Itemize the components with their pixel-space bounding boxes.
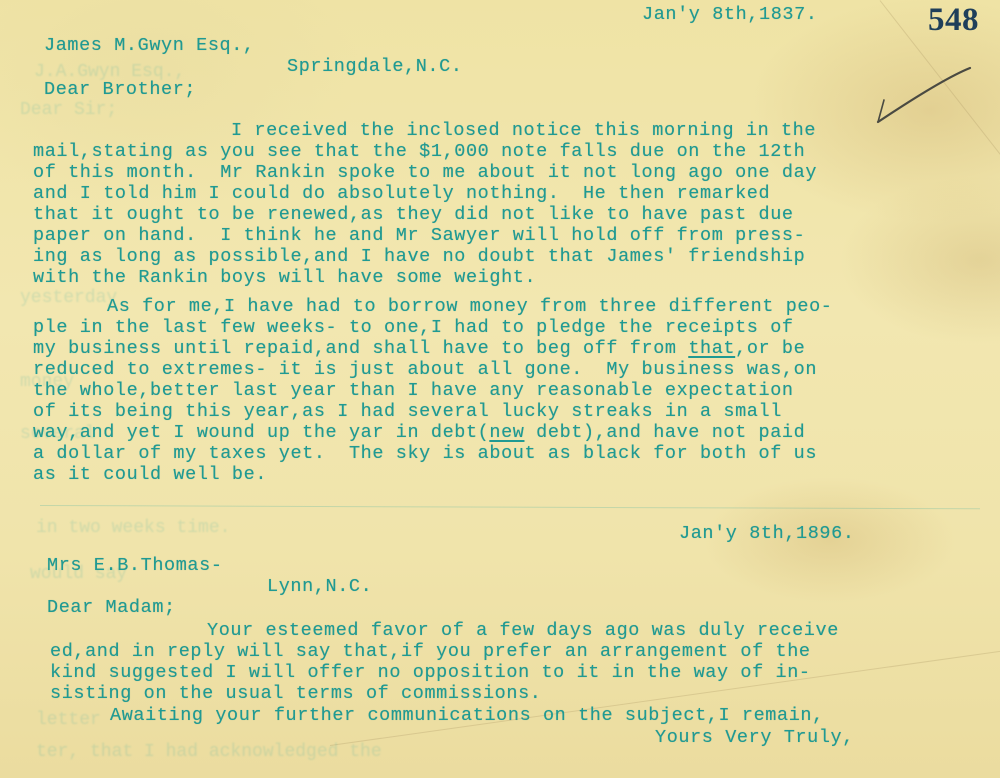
letter1-recipient-location: Springdale,N.C. (287, 57, 463, 77)
letter2-date: Jan'y 8th,1896. (679, 524, 855, 544)
text-line: as it could well be. (33, 465, 267, 485)
letter2-recipient-name: Mrs E.B.Thomas- (47, 556, 223, 576)
underlined-word: that (688, 338, 735, 359)
bleed-through-text: in two weeks time. (36, 518, 230, 538)
bleed-through-text: letter (36, 710, 101, 730)
text-line: the whole,better last year than I have a… (33, 381, 794, 401)
text-line: I received the inclosed notice this morn… (231, 121, 816, 141)
letter2-recipient-location: Lynn,N.C. (267, 577, 372, 597)
text-line: of its being this year,as I had several … (33, 402, 782, 422)
text-line: sisting on the usual terms of commission… (50, 684, 541, 704)
text-line: and I told him I could do absolutely not… (33, 184, 770, 204)
text-line: reduced to extremes- it is just about al… (33, 360, 817, 380)
bleed-through-text: yesterday (20, 288, 117, 308)
paper-crease (40, 505, 980, 509)
text-line: way,and yet I wound up the yar in debt(n… (33, 423, 805, 443)
pencil-check-mark-icon (870, 60, 980, 130)
text-segment: my business until repaid,and shall have … (33, 338, 688, 359)
text-line: a dollar of my taxes yet. The sky is abo… (33, 444, 817, 464)
text-line: mail,stating as you see that the $1,000 … (33, 142, 805, 162)
text-line: Your esteemed favor of a few days ago wa… (207, 621, 839, 641)
page-number: 548 (928, 2, 979, 39)
text-line: ple in the last few weeks- to one,I had … (33, 318, 794, 338)
text-line: ing as long as possible,and I have no do… (33, 247, 805, 267)
letter1-date: Jan'y 8th,1837. (642, 5, 818, 25)
bleed-through-text: ter, that I had acknowledged the (36, 742, 382, 762)
text-line: ed,and in reply will say that,if you pre… (50, 642, 811, 662)
letterpress-copy-page: J.A.Gwyn Esq., Dear Sir; yesterday money… (0, 0, 1000, 778)
bleed-through-text: Dear Sir; (20, 100, 117, 120)
text-segment: ,or be (735, 338, 805, 359)
letter2-salutation: Dear Madam; (47, 598, 176, 618)
underlined-word: new (489, 422, 524, 443)
letter1-recipient-name: James M.Gwyn Esq., (44, 36, 255, 56)
letter2-paragraph2: Awaiting your further communications on … (110, 706, 824, 726)
text-line: As for me,I have had to borrow money fro… (107, 297, 833, 317)
text-segment: debt),and have not paid (524, 422, 805, 443)
text-segment: way,and yet I wound up the yar in debt( (33, 422, 489, 443)
letter2-closing: Yours Very Truly, (655, 728, 854, 748)
text-line: my business until repaid,and shall have … (33, 339, 805, 359)
text-line: that it ought to be renewed,as they did … (33, 205, 794, 225)
text-line: kind suggested I will offer no oppositio… (50, 663, 811, 683)
letter1-salutation: Dear Brother; (44, 80, 196, 100)
text-line: with the Rankin boys will have some weig… (33, 268, 536, 288)
text-line: paper on hand. I think he and Mr Sawyer … (33, 226, 805, 246)
text-line: of this month. Mr Rankin spoke to me abo… (33, 163, 817, 183)
